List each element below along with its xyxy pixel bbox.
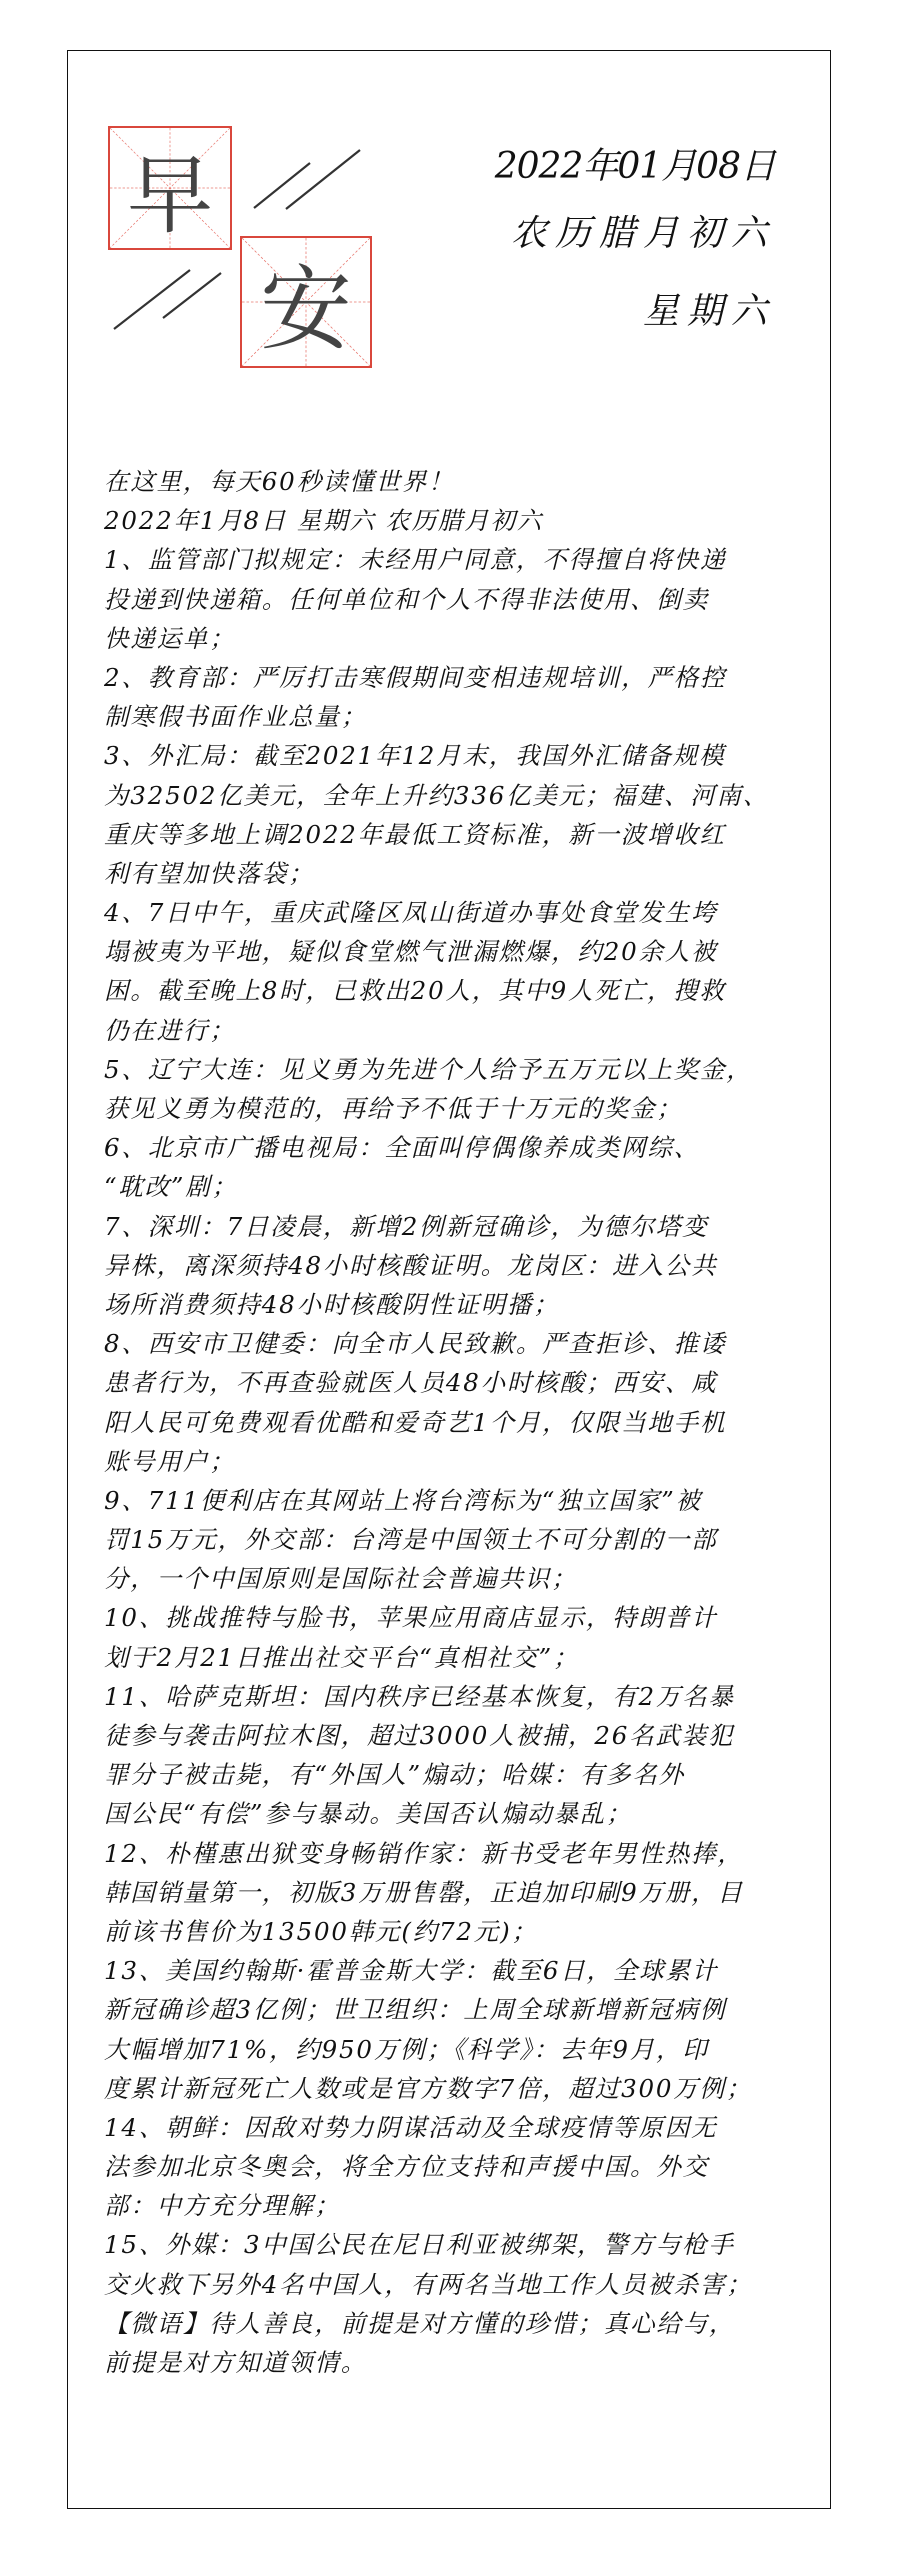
news-line: 交火救下另外4名中国人，有两名当地工作人员被杀害；	[104, 2265, 804, 2304]
news-line: 异株，离深须持48小时核酸证明。龙岗区：进入公共	[104, 1246, 804, 1285]
news-line: 为32502亿美元，全年上升约336亿美元；福建、河南、	[104, 776, 804, 815]
news-line: 6、北京市广播电视局：全面叫停偶像养成类网综、	[104, 1128, 804, 1167]
news-line: 2022年1月8日 星期六 农历腊月初六	[104, 501, 804, 540]
news-line: 【微语】待人善良，前提是对方懂的珍惜；真心给与，	[104, 2304, 804, 2343]
news-line: 11、哈萨克斯坦：国内秩序已经基本恢复，有2万名暴	[104, 1677, 804, 1716]
news-line: 分，一个中国原则是国际社会普遍共识；	[104, 1559, 804, 1598]
news-line: 前提是对方知道领情。	[104, 2343, 804, 2382]
news-line: 快递运单；	[104, 619, 804, 658]
news-line: 塌被夷为平地，疑似食堂燃气泄漏燃爆，约20余人被	[104, 932, 804, 971]
news-line: 阳人民可免费观看优酷和爱奇艺1个月，仅限当地手机	[104, 1403, 804, 1442]
news-line: 7、深圳：7日凌晨，新增2例新冠确诊，为德尔塔变	[104, 1207, 804, 1246]
news-line: 法参加北京冬奥会，将全方位支持和声援中国。外交	[104, 2147, 804, 2186]
news-line: 13、美国约翰斯·霍普金斯大学：截至6日，全球累计	[104, 1951, 804, 1990]
news-line: 在这里，每天60秒读懂世界！	[104, 462, 804, 501]
news-line: 仍在进行；	[104, 1011, 804, 1050]
news-line: 获见义勇为模范的，再给予不低于十万元的奖金；	[104, 1089, 804, 1128]
news-line: 投递到快递箱。任何单位和个人不得非法使用、倒卖	[104, 580, 804, 619]
news-line: 韩国销量第一，初版3万册售罄，正追加印刷9万册，目	[104, 1873, 804, 1912]
news-line: 1、监管部门拟规定：未经用户同意，不得擅自将快递	[104, 540, 804, 579]
lunar-date-heading: 农历腊月初六	[511, 205, 775, 256]
news-line: 困。截至晚上8时，已救出20人，其中9人死亡，搜救	[104, 971, 804, 1010]
news-line: 大幅增加71%，约950万例；《科学》：去年9月，印	[104, 2030, 804, 2069]
news-line: 利有望加快落袋；	[104, 854, 804, 893]
news-line: 15、外媒：3中国公民在尼日利亚被绑架，警方与枪手	[104, 2225, 804, 2264]
news-line: 4、7日中午，重庆武隆区凤山街道办事处食堂发生垮	[104, 893, 804, 932]
news-line: 罚15万元，外交部：台湾是中国领土不可分割的一部	[104, 1520, 804, 1559]
news-line: 新冠确诊超3亿例；世卫组织：上周全球新增新冠病例	[104, 1990, 804, 2029]
news-line: 罪分子被击毙，有“外国人”煽动；哈媒：有多名外	[104, 1755, 804, 1794]
news-line: 徒参与袭击阿拉木图，超过3000人被捕，26名武装犯	[104, 1716, 804, 1755]
news-line: 国公民“有偿”参与暴动。美国否认煽动暴乱；	[104, 1794, 804, 1833]
news-line: 重庆等多地上调2022年最低工资标准，新一波增收红	[104, 815, 804, 854]
news-line: 账号用户；	[104, 1442, 804, 1481]
news-line: “耽改”剧；	[104, 1167, 804, 1206]
news-line: 12、朴槿惠出狱变身畅销作家：新书受老年男性热捧，	[104, 1834, 804, 1873]
news-line: 前该书售价为13500韩元(约72元)；	[104, 1912, 804, 1951]
weekday-heading: 星期六	[643, 283, 775, 334]
news-body: 在这里，每天60秒读懂世界！2022年1月8日 星期六 农历腊月初六1、监管部门…	[104, 462, 804, 2382]
news-line: 部：中方充分理解；	[104, 2186, 804, 2225]
news-line: 患者行为，不再查验就医人员48小时核酸；西安、咸	[104, 1363, 804, 1402]
news-line: 3、外汇局：截至2021年12月末，我国外汇储备规模	[104, 736, 804, 775]
date-heading: 2022年01月08日	[495, 138, 775, 189]
news-line: 制寒假书面作业总量；	[104, 697, 804, 736]
news-line: 5、辽宁大连：见义勇为先进个人给予五万元以上奖金，	[104, 1050, 804, 1089]
news-line: 场所消费须持48小时核酸阴性证明播；	[104, 1285, 804, 1324]
news-line: 10、挑战推特与脸书，苹果应用商店显示，特朗普计	[104, 1598, 804, 1637]
news-line: 9、711便利店在其网站上将台湾标为“独立国家”被	[104, 1481, 804, 1520]
news-line: 14、朝鲜：因敌对势力阴谋活动及全球疫情等原因无	[104, 2108, 804, 2147]
news-line: 2、教育部：严厉打击寒假期间变相违规培训，严格控	[104, 658, 804, 697]
news-line: 划于2月21日推出社交平台“真相社交”；	[104, 1638, 804, 1677]
news-line: 度累计新冠死亡人数或是官方数字7倍，超过300万例；	[104, 2069, 804, 2108]
news-line: 8、西安市卫健委：向全市人民致歉。严查拒诊、推诿	[104, 1324, 804, 1363]
